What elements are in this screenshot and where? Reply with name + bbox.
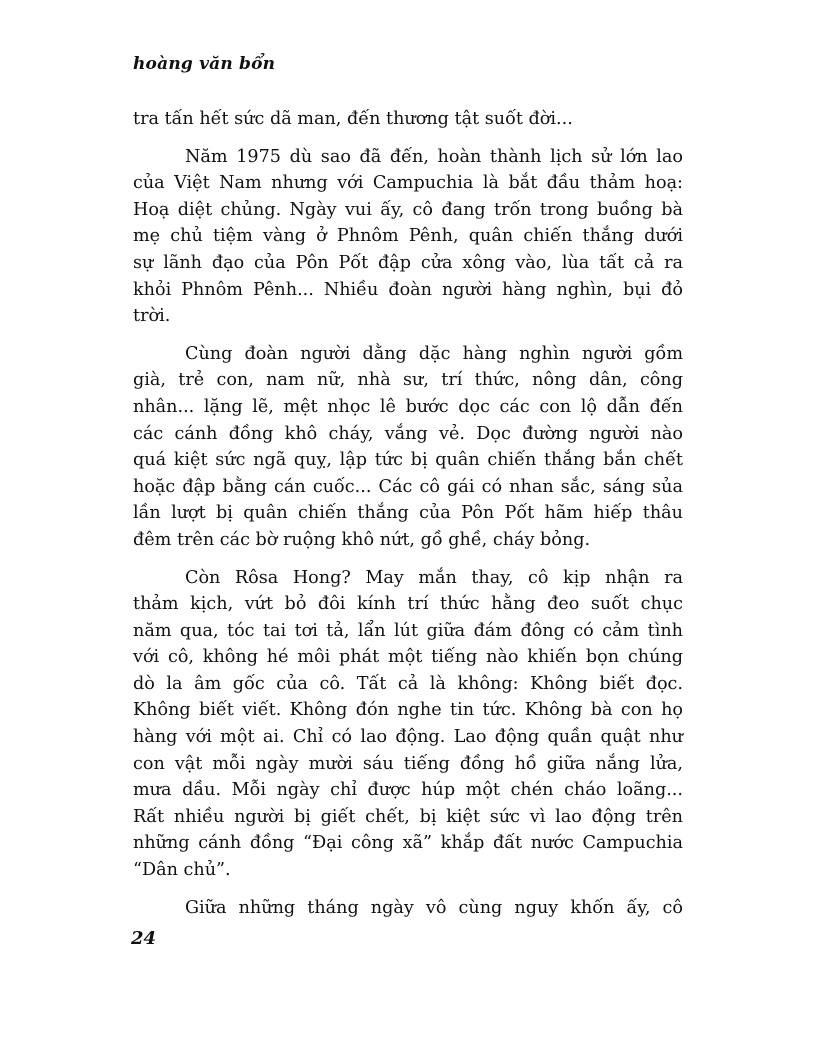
paragraph: Giữa những tháng ngày vô cùng nguy khốn … [133, 895, 683, 922]
paragraph: Còn Rôsa Hong? May mắn thay, cô kịp nhận… [133, 565, 683, 884]
paragraph-gap [133, 554, 683, 565]
text-line: Năm 1975 dù sao đã đến, hoàn thành lịch … [133, 144, 683, 171]
paragraph-gap [133, 330, 683, 341]
text-line: thảm kịch, vứt bỏ đôi kính trí thức hằng… [133, 591, 683, 618]
text-line: quá kiệt sức ngã quỵ, lập tức bị quân ch… [133, 447, 683, 474]
text-line: Giữa những tháng ngày vô cùng nguy khốn … [133, 895, 683, 922]
text-line: dò la âm gốc của cô. Tất cả là không: Kh… [133, 671, 683, 698]
paragraph-gap [133, 884, 683, 895]
text-line: hàng với một ai. Chỉ có lao động. Lao độ… [133, 724, 683, 751]
paragraph: Cùng đoàn người dằng dặc hàng nghìn ngườ… [133, 341, 683, 554]
text-line: nhân... lặng lẽ, mệt nhọc lê bước dọc cá… [133, 394, 683, 421]
running-header-author: hoàng văn bổn [133, 54, 275, 74]
text-line: đêm trên các bờ ruộng khô nứt, gồ ghề, c… [133, 527, 683, 554]
text-line: trời. [133, 303, 683, 330]
body-text: tra tấn hết sức dã man, đến thương tật s… [133, 106, 683, 921]
text-line: hoặc đập bằng cán cuốc... Các cô gái có … [133, 474, 683, 501]
text-line: Còn Rôsa Hong? May mắn thay, cô kịp nhận… [133, 565, 683, 592]
text-line: các cánh đồng khô cháy, vắng vẻ. Dọc đườ… [133, 421, 683, 448]
page-number: 24 [131, 928, 156, 949]
text-line: “Dân chủ”. [133, 857, 683, 884]
text-line: những cánh đồng “Đại công xã” khắp đất n… [133, 830, 683, 857]
text-line: tra tấn hết sức dã man, đến thương tật s… [133, 106, 683, 133]
paragraph: tra tấn hết sức dã man, đến thương tật s… [133, 106, 683, 133]
text-line: khỏi Phnôm Pênh... Nhiều đoàn người hàng… [133, 277, 683, 304]
text-line: Cùng đoàn người dằng dặc hàng nghìn ngườ… [133, 341, 683, 368]
text-line: mẹ chủ tiệm vàng ở Phnôm Pênh, quân chiế… [133, 223, 683, 250]
text-line: với cô, không hé môi phát một tiếng nào … [133, 644, 683, 671]
text-line: già, trẻ con, nam nữ, nhà sư, trí thức, … [133, 367, 683, 394]
text-line: của Việt Nam nhưng với Campuchia là bắt … [133, 170, 683, 197]
text-line: Không biết viết. Không đón nghe tin tức.… [133, 697, 683, 724]
text-line: Rất nhiều người bị giết chết, bị kiệt sứ… [133, 804, 683, 831]
text-line: Hoạ diệt chủng. Ngày vui ấy, cô đang trố… [133, 197, 683, 224]
book-page: hoàng văn bổn tra tấn hết sức dã man, đế… [0, 0, 816, 1056]
text-line: năm qua, tóc tai tơi tả, lẩn lút giữa đá… [133, 618, 683, 645]
text-line: lần lượt bị quân chiến thắng của Pôn Pốt… [133, 500, 683, 527]
paragraph: Năm 1975 dù sao đã đến, hoàn thành lịch … [133, 144, 683, 330]
paragraph-gap [133, 133, 683, 144]
text-line: sự lãnh đạo của Pôn Pốt đập cửa xông vào… [133, 250, 683, 277]
text-line: con vật mỗi ngày mười sáu tiếng đồng hồ … [133, 751, 683, 778]
text-line: mưa dầu. Mỗi ngày chỉ được húp một chén … [133, 777, 683, 804]
